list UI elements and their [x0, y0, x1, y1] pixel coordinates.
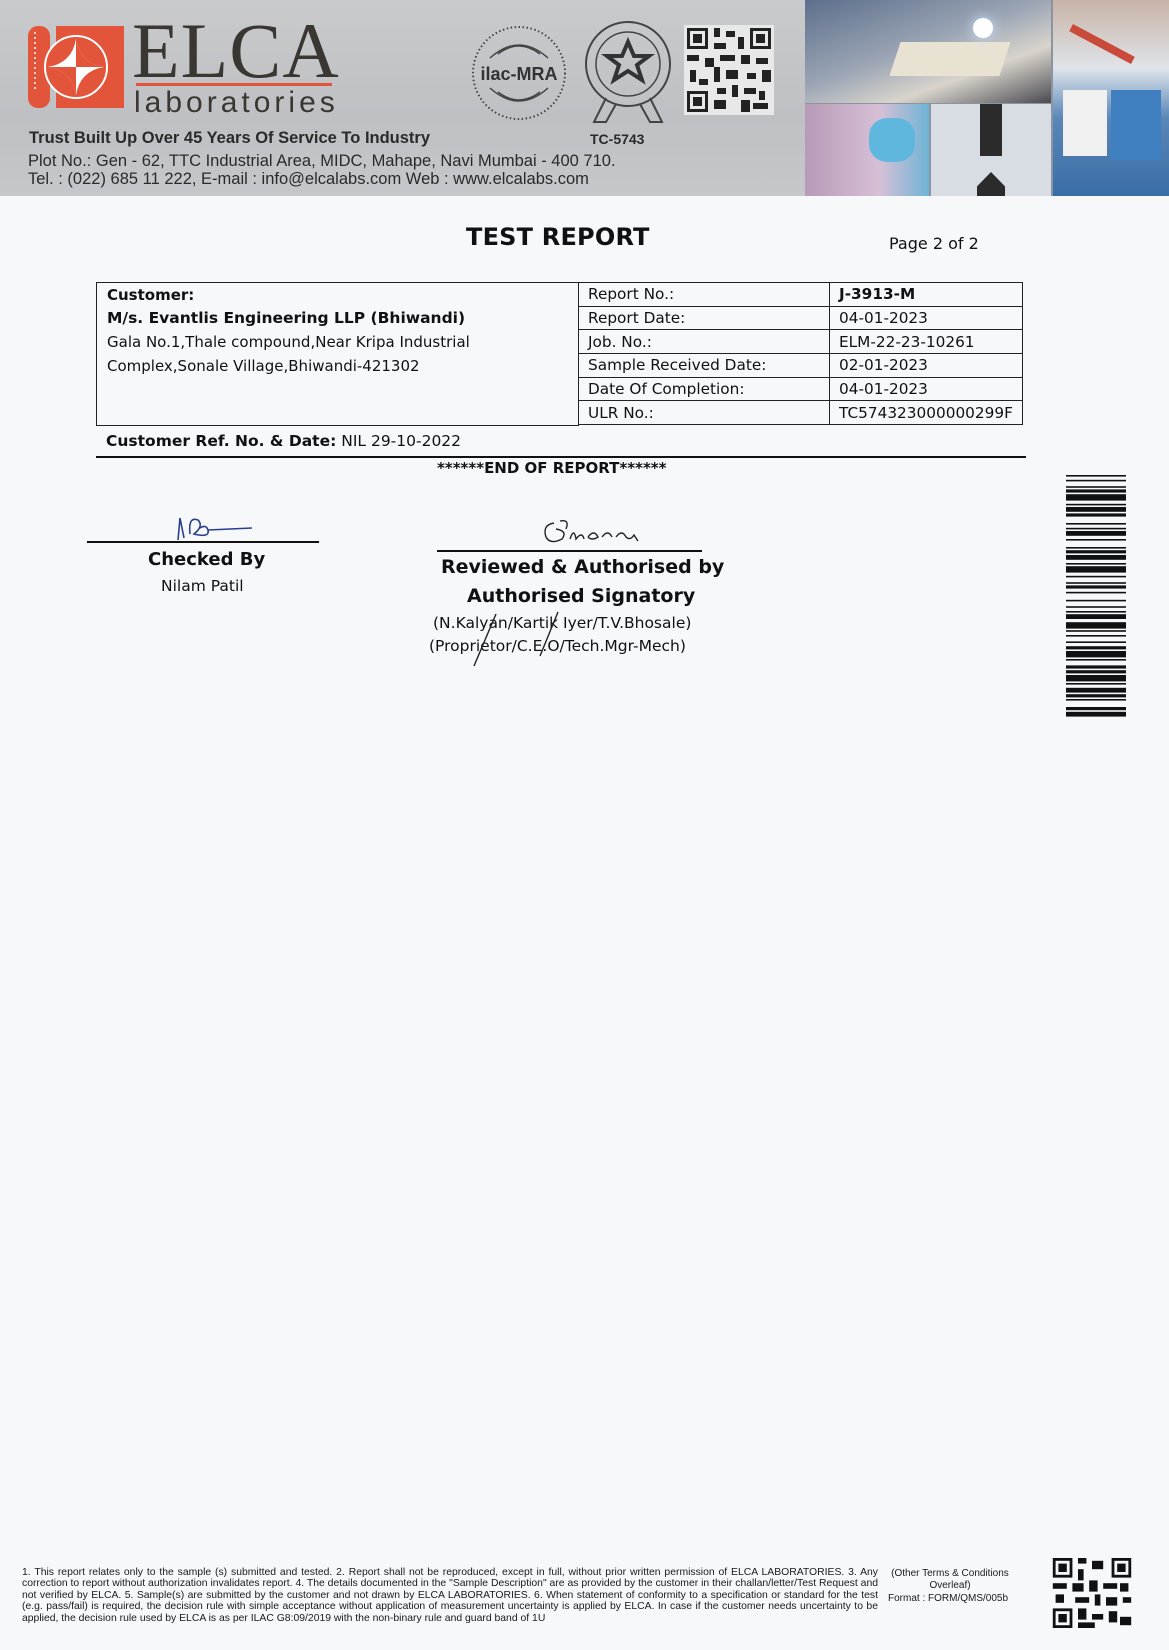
meta-value-ulr-no: TC574323000000299F	[830, 401, 1023, 425]
meta-value-job-no: ELM-22-23-10261	[830, 330, 1023, 354]
end-of-report: ******END OF REPORT******	[437, 459, 666, 477]
report-meta-table: Report No.: J-3913-M Report Date: 04-01-…	[578, 282, 1023, 425]
meta-label: Date Of Completion:	[579, 377, 830, 401]
table-row: ULR No.: TC574323000000299F	[579, 401, 1023, 425]
checker-signature-icon	[170, 508, 260, 544]
meta-value-report-no: J-3913-M	[830, 283, 1023, 307]
customer-ref-label: Customer Ref. No. & Date:	[106, 432, 336, 450]
ilac-mra-icon: ilac-MRA	[470, 24, 568, 122]
signature-line	[87, 541, 319, 543]
brand-subtitle: laboratories	[134, 86, 339, 119]
lab-photo-collage	[805, 0, 1169, 196]
meta-value-completion: 04-01-2023	[830, 377, 1023, 401]
authoriser-signature-icon	[540, 515, 650, 549]
customer-ref: Customer Ref. No. & Date: NIL 29-10-2022	[106, 432, 461, 450]
terms-overleaf-note: (Other Terms & Conditions Overleaf)	[890, 1568, 1010, 1592]
accreditation-code: TC-5743	[590, 131, 644, 147]
customer-name: M/s. Evantlis Engineering LLP (Bhiwandi)	[107, 309, 465, 327]
table-row: Sample Received Date: 02-01-2023	[579, 354, 1023, 378]
tagline: Trust Built Up Over 45 Years Of Service …	[29, 129, 430, 148]
meta-label: Sample Received Date:	[579, 354, 830, 378]
customer-ref-value: NIL 29-10-2022	[336, 432, 461, 450]
svg-text:ilac-MRA: ilac-MRA	[480, 64, 557, 84]
customer-box: Customer: M/s. Evantlis Engineering LLP …	[96, 282, 579, 426]
terms-text: 1. This report relates only to the sampl…	[22, 1567, 878, 1624]
customer-address-line: Gala No.1,Thale compound,Near Kripa Indu…	[107, 333, 470, 351]
contact-line: Tel. : (022) 685 11 222, E-mail : info@e…	[28, 170, 589, 189]
meta-value-report-date: 04-01-2023	[830, 306, 1023, 330]
table-row: Report No.: J-3913-M	[579, 283, 1023, 307]
table-row: Job. No.: ELM-22-23-10261	[579, 330, 1023, 354]
checked-by-name: Nilam Patil	[161, 577, 244, 595]
report-title: TEST REPORT	[466, 223, 650, 251]
qr-code-icon[interactable]	[1050, 1555, 1134, 1631]
checked-by-label: Checked By	[148, 549, 265, 570]
meta-value-sample-received: 02-01-2023	[830, 354, 1023, 378]
qr-code-icon[interactable]	[684, 25, 774, 115]
divider	[96, 456, 1026, 458]
address-line: Plot No.: Gen - 62, TTC Industrial Area,…	[28, 152, 616, 171]
signature-line	[437, 550, 702, 552]
nabl-seal-icon	[580, 20, 676, 124]
meta-label: Job. No.:	[579, 330, 830, 354]
barcode-icon	[1066, 475, 1126, 951]
form-code: Format : FORM/QMS/005b	[888, 1593, 1008, 1604]
meta-label: Report Date:	[579, 306, 830, 330]
customer-address-line: Complex,Sonale Village,Bhiwandi-421302	[107, 357, 420, 375]
meta-label: ULR No.:	[579, 401, 830, 425]
brand-name: ELCA	[132, 12, 340, 90]
page-indicator: Page 2 of 2	[889, 234, 979, 253]
elca-logo-icon	[28, 22, 124, 112]
table-row: Date Of Completion: 04-01-2023	[579, 377, 1023, 401]
signature-stroke-icon	[470, 610, 580, 670]
table-row: Report Date: 04-01-2023	[579, 306, 1023, 330]
authorised-signatory-label: Authorised Signatory	[467, 585, 695, 607]
reviewed-label: Reviewed & Authorised by	[441, 556, 724, 578]
meta-label: Report No.:	[579, 283, 830, 307]
customer-label: Customer:	[107, 286, 194, 304]
